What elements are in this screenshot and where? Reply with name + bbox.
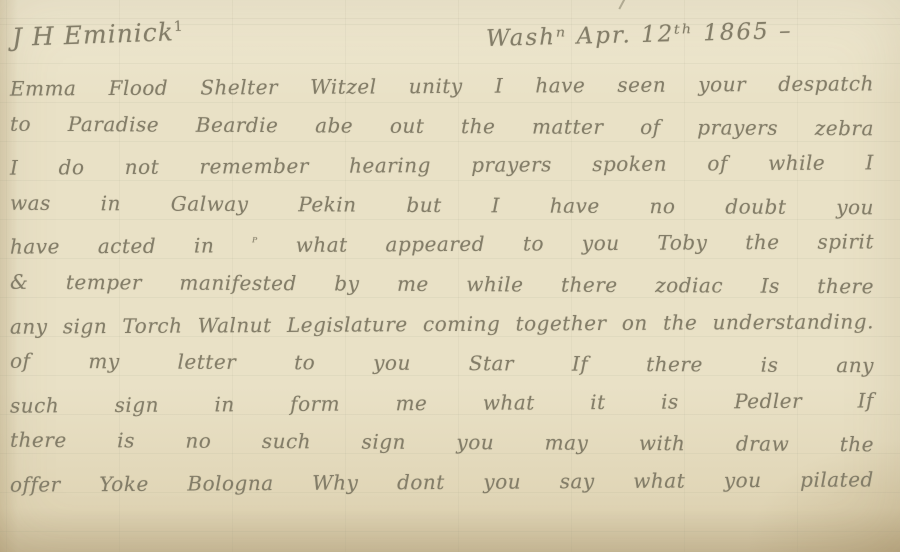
letter-line: thereisnosuchsignyoumaywithdrawthe bbox=[10, 428, 874, 472]
word: coming bbox=[423, 311, 500, 335]
word: Witzel bbox=[310, 74, 377, 98]
word: If bbox=[858, 388, 874, 412]
word: of bbox=[707, 151, 728, 175]
word: my bbox=[88, 349, 119, 373]
letter-line: ofmylettertoyouStarIfthereisany bbox=[10, 349, 874, 393]
word: I bbox=[491, 193, 500, 217]
word: pilated bbox=[800, 467, 874, 491]
word: spoken bbox=[592, 152, 667, 176]
word: of bbox=[10, 349, 31, 373]
word: it bbox=[590, 390, 606, 414]
pencil-stray-mark bbox=[618, 0, 627, 10]
word: is bbox=[661, 389, 679, 413]
word: do bbox=[59, 155, 85, 179]
word: appeared bbox=[385, 232, 485, 257]
word: no bbox=[650, 194, 676, 218]
word: Flood bbox=[108, 76, 168, 100]
word: Paradise bbox=[68, 112, 159, 136]
letter-line: anysignTorchWalnutLegislaturecomingtoget… bbox=[10, 309, 874, 354]
word: no bbox=[185, 429, 211, 453]
word: Shelter bbox=[200, 75, 278, 99]
word: you bbox=[483, 469, 521, 493]
word: me bbox=[397, 272, 429, 296]
word: there bbox=[646, 352, 703, 376]
word: what bbox=[296, 233, 348, 257]
word: zebra bbox=[815, 116, 874, 140]
word: is bbox=[761, 353, 779, 377]
word: there bbox=[817, 274, 874, 298]
letter-line: offerYokeBolognaWhydontyousaywhatyoupila… bbox=[10, 467, 874, 512]
word: the bbox=[745, 230, 779, 254]
word: prayers bbox=[697, 115, 778, 139]
word: prayers bbox=[471, 153, 552, 177]
word: to bbox=[10, 111, 31, 135]
word: I bbox=[865, 151, 874, 175]
word: was bbox=[10, 191, 51, 215]
word: Pedler bbox=[734, 389, 802, 413]
letter-line: Idonotrememberhearingprayersspokenofwhil… bbox=[10, 151, 874, 196]
addressee: J H Eminick1 bbox=[12, 17, 185, 52]
word: but bbox=[406, 193, 441, 217]
word: understanding. bbox=[713, 309, 874, 334]
word: you bbox=[724, 468, 762, 492]
letter-line: wasinGalwayPekinbutIhavenodoubtyou bbox=[10, 191, 874, 235]
word: to bbox=[523, 232, 544, 256]
word: you bbox=[836, 195, 874, 219]
word: abe bbox=[315, 113, 353, 137]
word: ᴾ bbox=[252, 236, 258, 250]
word: you bbox=[456, 430, 494, 454]
word: in bbox=[101, 191, 121, 215]
word: Bologna bbox=[187, 471, 273, 496]
letter-line: toParadiseBeardieabeoutthematterofprayer… bbox=[10, 111, 874, 155]
word: in bbox=[194, 234, 214, 258]
word: there bbox=[10, 428, 67, 452]
word: temper bbox=[66, 270, 142, 294]
word: Pekin bbox=[298, 192, 356, 216]
word: have bbox=[535, 73, 585, 97]
word: & bbox=[10, 270, 28, 294]
word: remember bbox=[199, 154, 309, 179]
word: say bbox=[560, 469, 595, 493]
addressee-superscript: 1 bbox=[173, 19, 183, 35]
letter-page: J H Eminick1 Washⁿ Apr. 12ᵗʰ 1865 – Emma… bbox=[0, 0, 900, 552]
word: your bbox=[698, 72, 746, 96]
word: on bbox=[622, 310, 648, 334]
word: to bbox=[294, 350, 315, 374]
letter-body: EmmaFloodShelterWitzelunityIhaveseenyour… bbox=[10, 74, 874, 510]
word: Torch bbox=[122, 313, 182, 337]
letter-line: suchsigninformmewhatitisPedlerIf bbox=[10, 388, 874, 433]
word: have bbox=[550, 193, 600, 217]
word: Star bbox=[469, 351, 514, 375]
word: Toby bbox=[657, 231, 707, 255]
word: while bbox=[466, 272, 523, 296]
word: dont bbox=[397, 470, 445, 494]
word: such bbox=[10, 393, 59, 417]
word: sign bbox=[115, 392, 159, 416]
addressee-name: J H Eminick bbox=[12, 17, 175, 52]
word: together bbox=[515, 311, 606, 336]
word: the bbox=[663, 310, 697, 334]
word: sign bbox=[362, 430, 406, 454]
word: I bbox=[495, 74, 504, 98]
word: seen bbox=[617, 73, 666, 97]
word: zodiac bbox=[655, 273, 723, 297]
word: have bbox=[10, 235, 60, 259]
word: such bbox=[262, 429, 311, 453]
word: Galway bbox=[171, 191, 249, 215]
word: If bbox=[572, 352, 588, 376]
word: Emma bbox=[10, 76, 77, 100]
word: me bbox=[395, 391, 427, 415]
word: manifested bbox=[179, 271, 296, 296]
word: letter bbox=[178, 350, 237, 374]
word: unity bbox=[409, 74, 463, 98]
word: doubt bbox=[725, 194, 786, 218]
word: may bbox=[545, 431, 589, 455]
word: Legislature bbox=[287, 312, 408, 337]
word: what bbox=[633, 468, 685, 492]
word: the bbox=[840, 432, 874, 456]
letter-line: &tempermanifestedbymewhiletherezodiacIst… bbox=[10, 270, 874, 314]
letter-line: EmmaFloodShelterWitzelunityIhaveseenyour… bbox=[10, 71, 874, 116]
word: what bbox=[483, 390, 535, 414]
word: not bbox=[125, 155, 160, 179]
word: the bbox=[461, 114, 495, 138]
word: I bbox=[10, 156, 19, 180]
word: draw bbox=[736, 432, 790, 456]
dateline: Washⁿ Apr. 12ᵗʰ 1865 – bbox=[486, 18, 793, 52]
word: Why bbox=[312, 470, 358, 494]
word: you bbox=[582, 231, 620, 255]
word: there bbox=[561, 273, 618, 297]
word: you bbox=[373, 351, 411, 375]
word: by bbox=[334, 271, 359, 295]
word: any bbox=[836, 353, 874, 377]
word: Beardie bbox=[196, 112, 279, 136]
word: with bbox=[639, 431, 686, 455]
word: is bbox=[117, 429, 135, 453]
word: despatch bbox=[778, 71, 874, 96]
word: while bbox=[768, 151, 825, 175]
word: in bbox=[214, 392, 234, 416]
word: Yoke bbox=[99, 472, 149, 496]
word: matter bbox=[532, 114, 603, 138]
word: hearing bbox=[349, 153, 431, 177]
letter-line: haveactedinᴾwhatappearedtoyouTobythespir… bbox=[10, 230, 874, 275]
word: sign bbox=[63, 314, 107, 338]
word: spirit bbox=[817, 230, 874, 254]
word: out bbox=[390, 113, 425, 137]
word: Walnut bbox=[198, 313, 272, 337]
word: Is bbox=[761, 274, 780, 298]
word: of bbox=[640, 115, 661, 139]
word: acted bbox=[98, 234, 156, 258]
word: offer bbox=[10, 472, 61, 496]
word: any bbox=[10, 314, 48, 338]
word: form bbox=[290, 391, 340, 415]
